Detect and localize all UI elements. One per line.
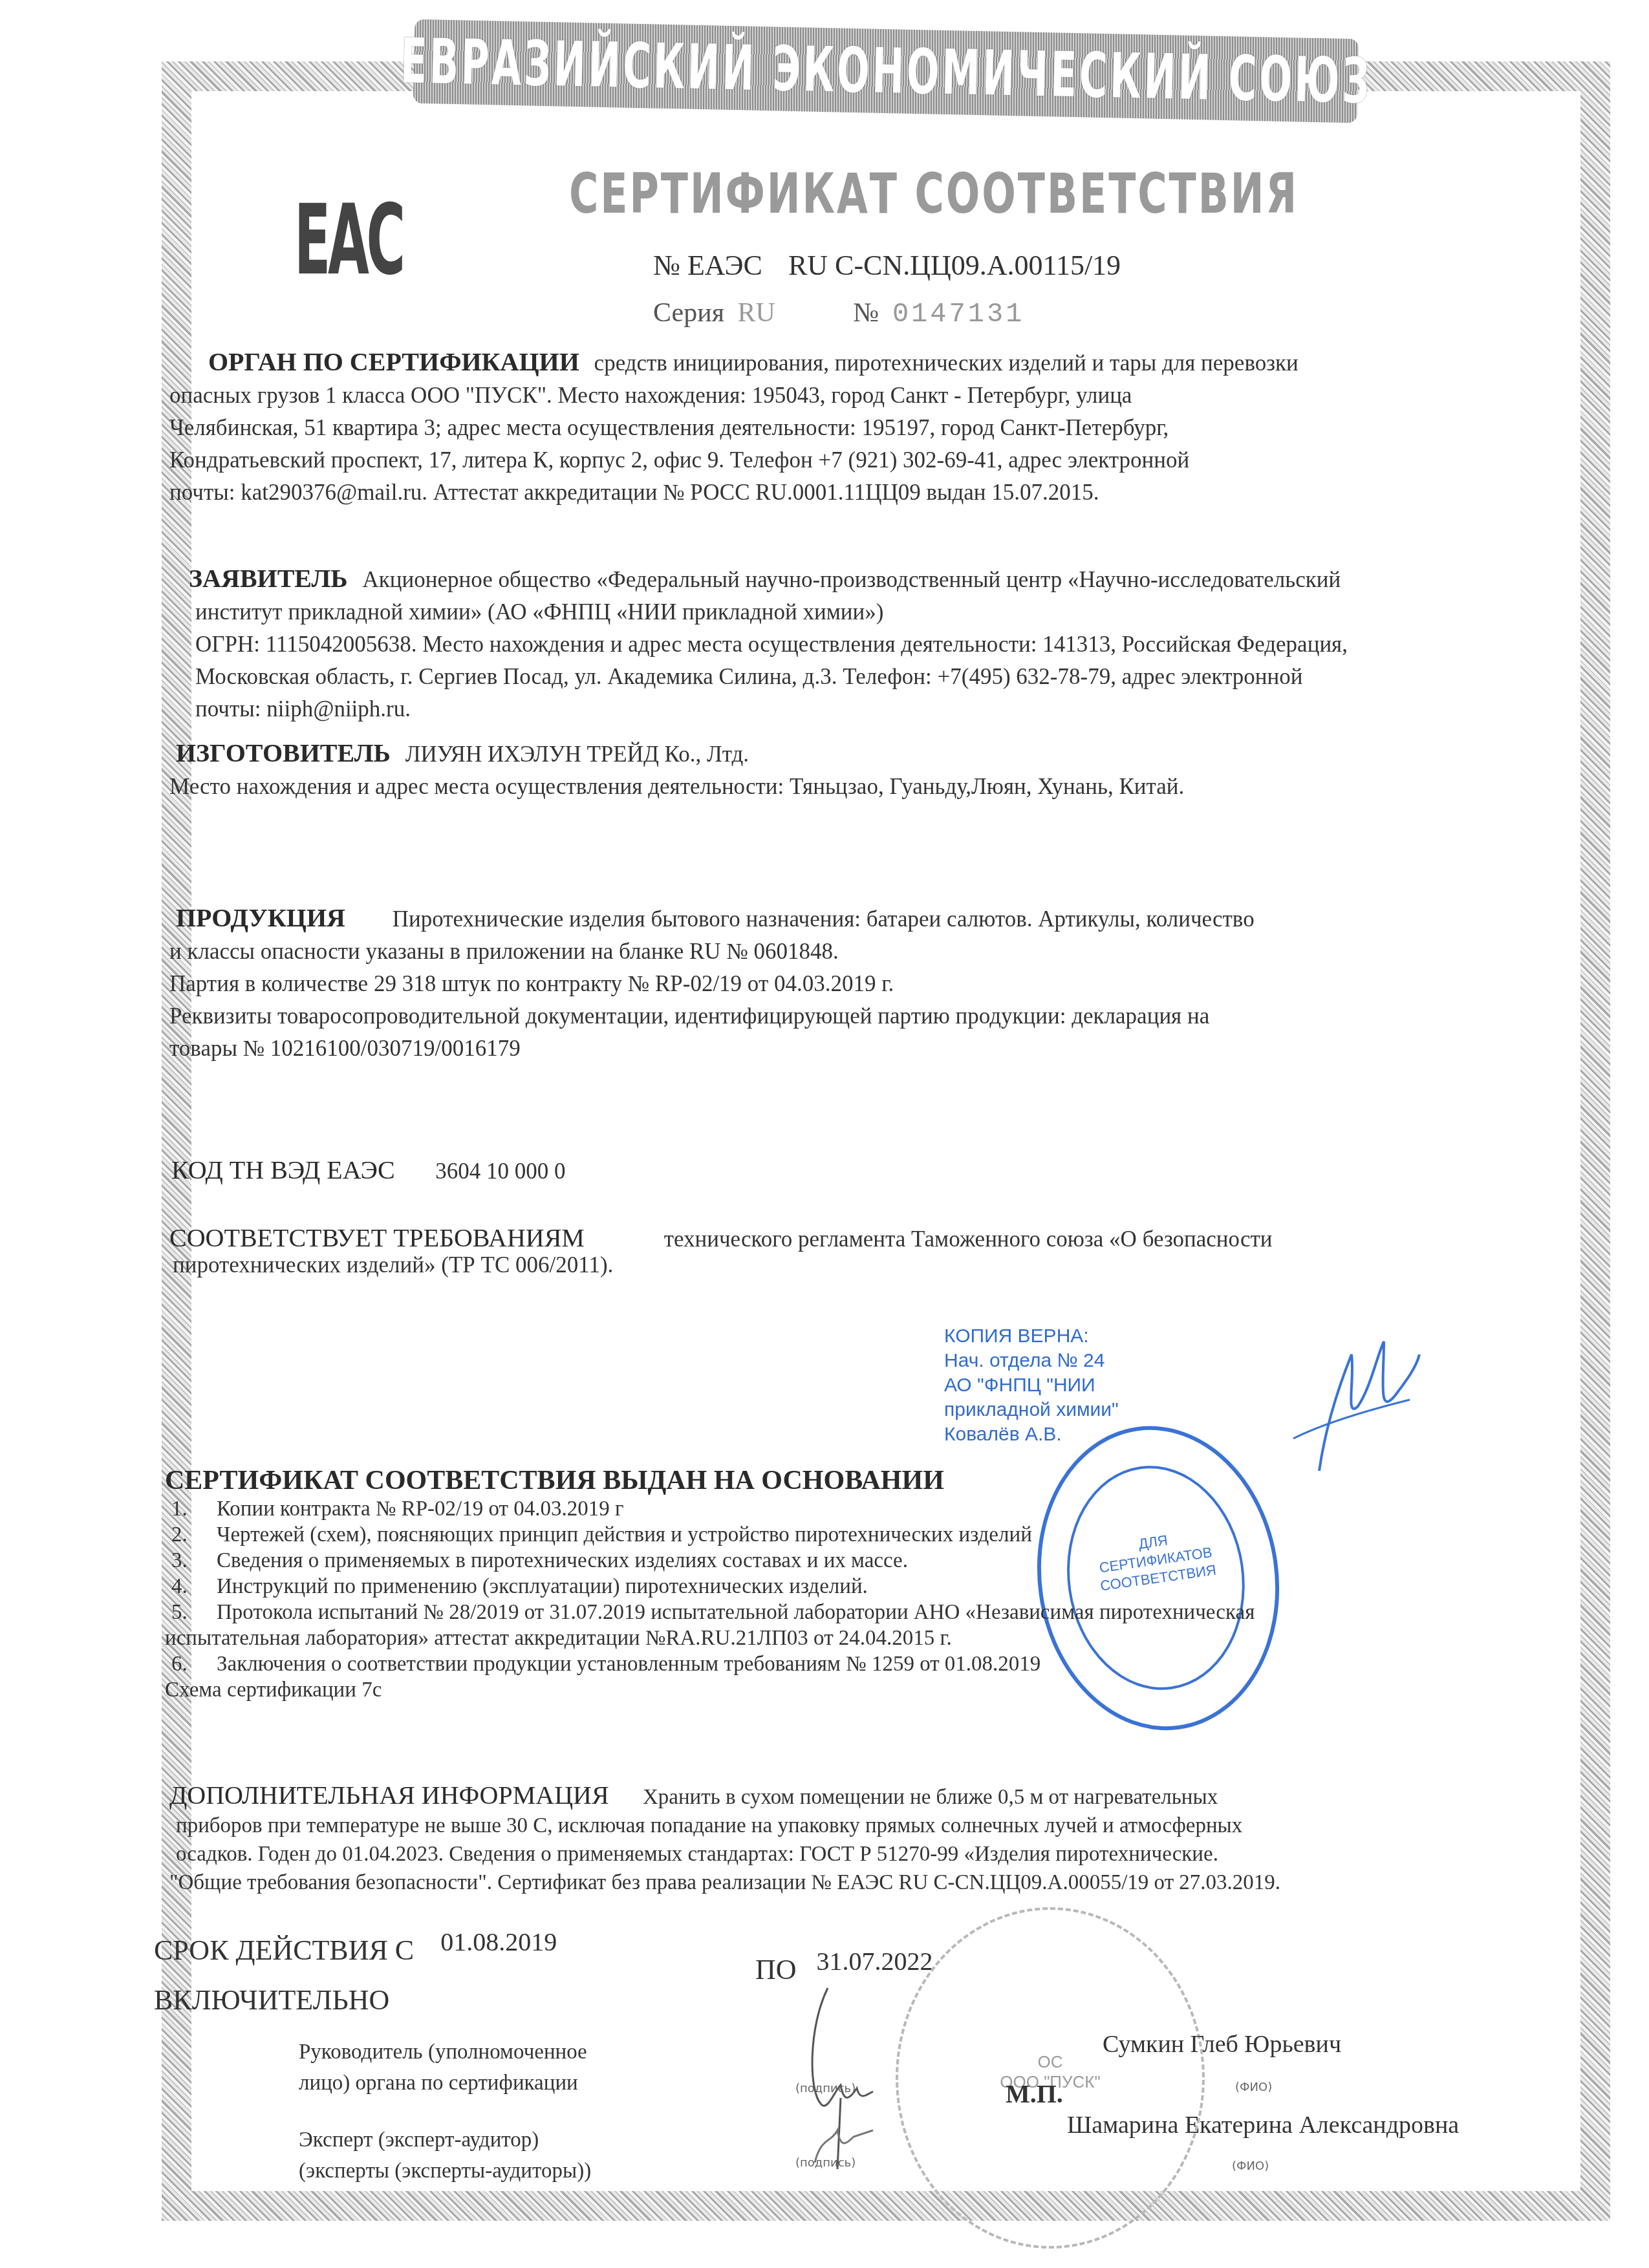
certificate-number-value: RU С-CN.ЦЦ09.А.00115/19 — [788, 250, 1121, 281]
basis-item: 3.Сведения о применяемых в пиротехническ… — [165, 1548, 1588, 1574]
certificate-number-prefix: № ЕАЭС — [653, 250, 762, 281]
stamp-line: прикладной химии" — [944, 1398, 1119, 1422]
applicant-line: ОГРН: 1115042005638. Место нахождения и … — [169, 628, 1586, 661]
additional-info-line: Хранить в сухом помещении не ближе 0,5 м… — [643, 1786, 1218, 1809]
basis-item: 4.Инструкций по применению (эксплуатации… — [165, 1574, 1588, 1599]
seal-place-mark: М.П. — [1006, 2079, 1063, 2109]
union-banner-text: ЕВРАЗИЙСКИЙ ЭКОНОМИЧЕСКИЙ СОЮЗ — [400, 25, 1372, 117]
certification-scheme: Схема сертификации 7с — [165, 1677, 1588, 1703]
product-line: Реквизиты товаросопроводительной докумен… — [169, 1000, 1586, 1032]
signature-caption: (подпись) — [795, 2082, 856, 2095]
product-section: ПРОДУКЦИЯ Пиротехнические изделия бытово… — [169, 902, 1586, 1065]
signature-head-icon — [802, 1975, 931, 2182]
certification-body-line: средств инициирования, пиротехнических и… — [594, 350, 1299, 376]
validity-to-label: ПО — [755, 1954, 797, 1985]
additional-info-heading: ДОПОЛНИТЕЛЬНАЯ ИНФОРМАЦИЯ — [169, 1781, 609, 1810]
validity-to-date: 31.07.2022 — [817, 1947, 933, 1976]
additional-info-line: осадков. Годен до 01.04.2023. Сведения о… — [169, 1840, 1586, 1868]
copy-certified-stamp: КОПИЯ ВЕРНА: Нач. отдела № 24 АО "ФНПЦ "… — [944, 1324, 1119, 1447]
org-round-seal-icon: ОС ООО "ПУСК" — [896, 1907, 1205, 2249]
fio-caption: (ФИО) — [1232, 2159, 1269, 2173]
signature-labels: Руководитель (уполномоченное лицо) орган… — [299, 2037, 591, 2212]
product-line: товары № 10216100/030719/0016179 — [169, 1032, 1586, 1065]
additional-info-line: приборов при температуре не выше 30 С, и… — [169, 1812, 1586, 1840]
tn-ved-heading: КОД ТН ВЭД ЕАЭС — [171, 1155, 395, 1184]
head-label: лицо) органа по сертификации — [299, 2068, 591, 2099]
blank-series: Серия RU № 0147131 — [653, 297, 1024, 330]
tn-ved-section: КОД ТН ВЭД ЕАЭС 3604 10 000 0 — [171, 1154, 1588, 1188]
manufacturer-section: ИЗГОТОВИТЕЛЬ ЛИУЯН ИХЭЛУН ТРЕЙД Ко., Лтд… — [169, 737, 1586, 803]
basis-item: 5.Протокола испытаний № 28/2019 от 31.07… — [165, 1599, 1588, 1625]
expert-label: (эксперты (эксперты-аудиторы)) — [299, 2156, 591, 2187]
expert-full-name: Шамарина Екатерина Александровна — [1067, 2111, 1459, 2139]
basis-item: испытательная лаборатория» аттестат аккр… — [165, 1625, 1588, 1651]
manufacturer-heading: ИЗГОТОВИТЕЛЬ — [176, 738, 391, 767]
fio-caption: (ФИО) — [1235, 2081, 1272, 2094]
series-value: RU — [737, 298, 775, 328]
series-label: Серия — [653, 298, 724, 328]
certificate-number: № ЕАЭСRU С-CN.ЦЦ09.А.00115/19 — [653, 249, 1121, 282]
validity-inclusive: ВКЛЮЧИТЕЛЬНО — [154, 1984, 557, 2017]
certification-body-heading: ОРГАН ПО СЕРТИФИКАЦИИ — [208, 347, 579, 376]
blank-number-label: № — [853, 298, 879, 328]
certification-body-line: почты: kat290376@mail.ru. Аттестат аккре… — [169, 476, 1586, 509]
stamp-line: АО "ФНПЦ "НИИ — [944, 1373, 1119, 1398]
stamp-line: КОПИЯ ВЕРНА: — [944, 1324, 1119, 1349]
stamp-line: Ковалёв А.В. — [944, 1422, 1119, 1447]
conformity-heading: СООТВЕТСТВУЕТ ТРЕБОВАНИЯМ — [169, 1223, 585, 1252]
basis-item: 6.Заключения о соответствии продукции ус… — [165, 1651, 1588, 1677]
applicant-line: почты: niiph@niiph.ru. — [169, 693, 1586, 725]
certification-body-line: Челябинская, 51 квартира 3; адрес места … — [169, 412, 1586, 444]
basis-item: 2.Чертежей (схем), поясняющих принцип де… — [165, 1522, 1588, 1548]
manufacturer-address: Место нахождения и адрес места осуществл… — [169, 771, 1586, 803]
blank-number: 0147131 — [892, 299, 1024, 330]
basis-list: СЕРТИФИКАТ СООТВЕТСТВИЯ ВЫДАН НА ОСНОВАН… — [165, 1468, 1588, 1703]
product-line: и классы опасности указаны в приложении … — [169, 936, 1586, 968]
eac-logo-icon: EAC — [294, 184, 403, 297]
head-label: Руководитель (уполномоченное — [299, 2037, 591, 2068]
certification-body-line: опасных грузов 1 класса ООО "ПУСК". Мест… — [169, 380, 1586, 412]
additional-info-section: ДОПОЛНИТЕЛЬНАЯ ИНФОРМАЦИЯ Хранить в сухо… — [169, 1781, 1586, 1897]
additional-info-line: "Общие требования безопасности". Сертифи… — [169, 1868, 1586, 1897]
applicant-heading: ЗАЯВИТЕЛЬ — [189, 564, 348, 593]
certification-body-line: Кондратьевский проспект, 17, литера К, к… — [169, 444, 1586, 476]
head-full-name: Сумкин Глеб Юрьевич — [1103, 2030, 1341, 2059]
validity-period: СРОК ДЕЙСТВИЯ С 01.08.2019 ПО 31.07.2022… — [154, 1927, 557, 2017]
conformity-line: технического регламента Таможенного союз… — [664, 1226, 1273, 1252]
expert-label: Эксперт (эксперт-аудитор) — [299, 2124, 591, 2156]
basis-item: 1.Копии контракта № RP-02/19 от 04.03.20… — [165, 1496, 1588, 1522]
certificate-page: ЕВРАЗИЙСКИЙ ЭКОНОМИЧЕСКИЙ СОЮЗ EAC СЕРТИ… — [0, 0, 1649, 2268]
applicant-line: институт прикладной химии» (АО «ФНПЦ «НИ… — [169, 596, 1586, 628]
product-line: Партия в количестве 29 318 штук по контр… — [169, 968, 1586, 1000]
tn-ved-code: 3604 10 000 0 — [435, 1159, 565, 1184]
certification-body-section: ОРГАН ПО СЕРТИФИКАЦИИ средств инициирова… — [169, 346, 1586, 509]
applicant-line: Акционерное общество «Федеральный научно… — [363, 567, 1341, 592]
manufacturer-name: ЛИУЯН ИХЭЛУН ТРЕЙД Ко., Лтд. — [405, 742, 749, 767]
conformity-section: СООТВЕТСТВУЕТ ТРЕБОВАНИЯМ технического р… — [169, 1222, 1586, 1281]
validity-from-label: СРОК ДЕЙСТВИЯ С — [154, 1934, 414, 1966]
validity-from-date: 01.08.2019 — [440, 1927, 557, 1956]
product-heading: ПРОДУКЦИЯ — [176, 903, 345, 932]
product-line: Пиротехнические изделия бытового назначе… — [393, 906, 1255, 932]
stamp-line: Нач. отдела № 24 — [944, 1349, 1119, 1373]
basis-heading: СЕРТИФИКАТ СООТВЕТСТВИЯ ВЫДАН НА ОСНОВАН… — [165, 1468, 1588, 1493]
document-title: СЕРТИФИКАТ СООТВЕТСТВИЯ — [569, 162, 1299, 226]
applicant-line: Московская область, г. Сергиев Посад, ул… — [169, 661, 1586, 693]
applicant-section: ЗАЯВИТЕЛЬ Акционерное общество «Федераль… — [169, 562, 1586, 725]
blue-signature-icon — [1280, 1329, 1423, 1477]
signature-caption: (подпись) — [795, 2156, 856, 2170]
